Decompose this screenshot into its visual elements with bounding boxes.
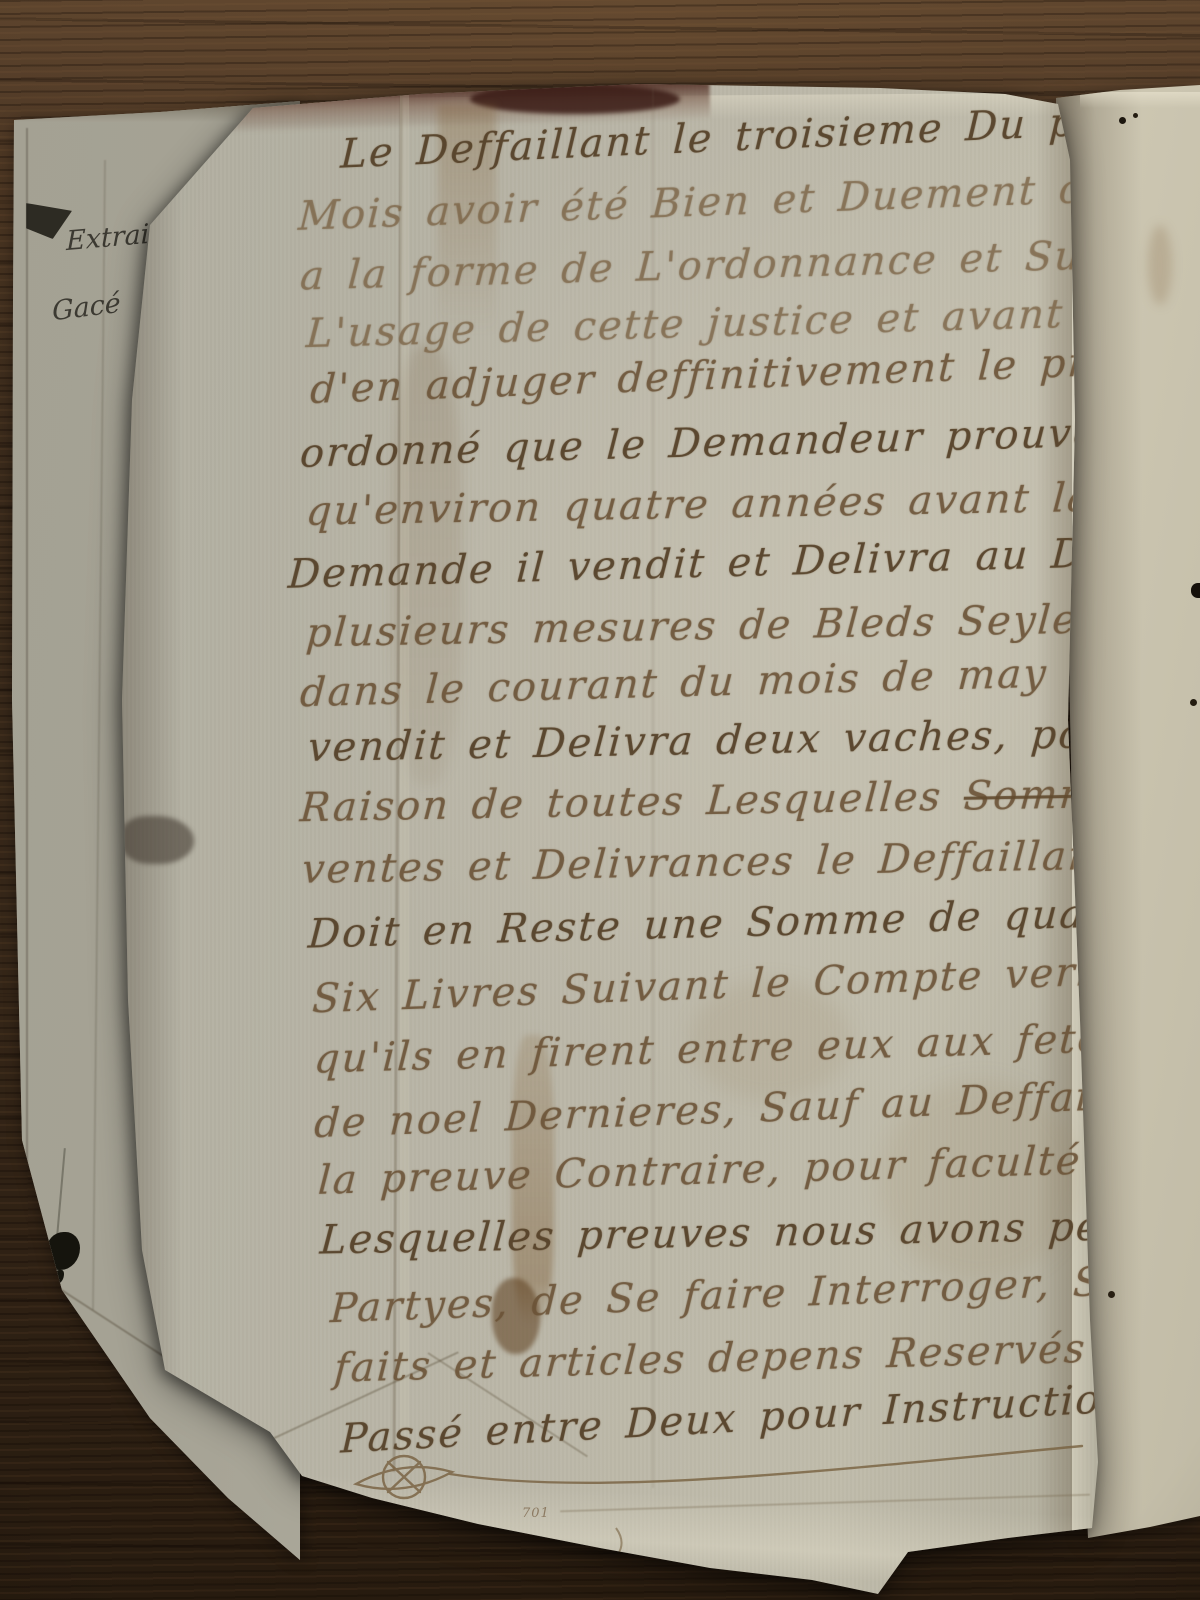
manuscript-line: Partyes, de Se faire Interroger, Sur	[329, 1258, 1152, 1333]
stain-top-edge	[470, 84, 680, 114]
manuscript-line: faits et articles depens Reservés	[333, 1326, 1088, 1392]
crease-highlight	[400, 92, 409, 1472]
manuscript-page: Le Deffaillant le troisieme Du pñt mois …	[0, 0, 1200, 1600]
manuscript-page-wrap: Le Deffaillant le troisieme Du pñt mois …	[0, 0, 1200, 1600]
stain-smudge	[122, 816, 194, 864]
photo-scene: Extrait Gacé	[0, 0, 1200, 1600]
fold-highlight	[1072, 98, 1098, 1536]
edge-shadow	[118, 110, 182, 1490]
struck-word: Sommes	[962, 771, 1149, 820]
folio-mark: 701	[522, 1506, 550, 1521]
manuscript-line: ventes et Delivrances le Deffaillant	[300, 833, 1115, 893]
